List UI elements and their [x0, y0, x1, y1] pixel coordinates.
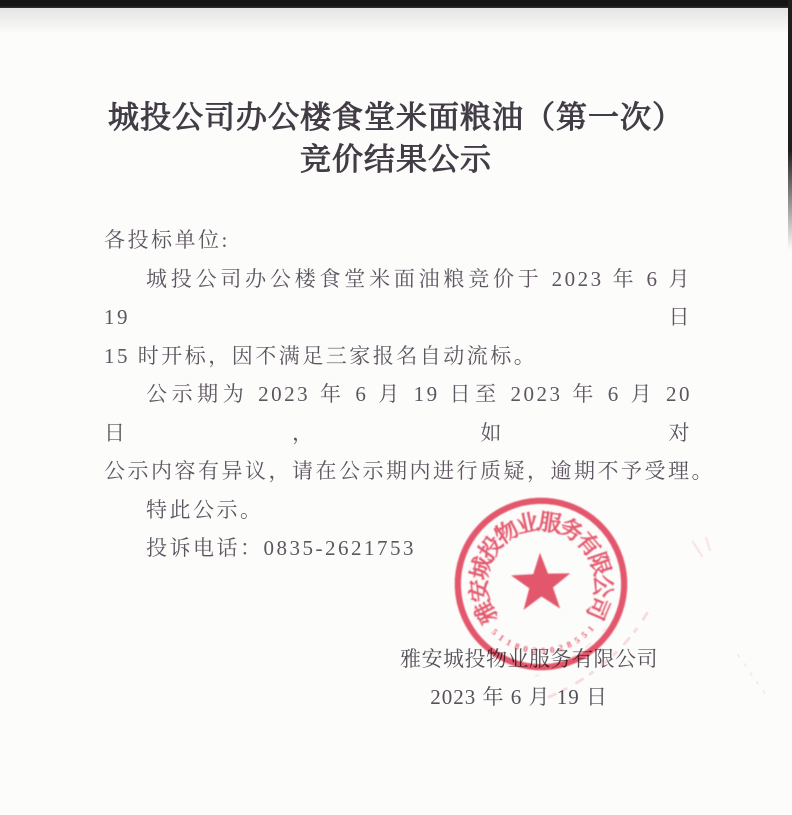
- seal-serial-digit: 5: [572, 634, 582, 645]
- seal-serial-digit: 2: [557, 642, 565, 653]
- seal-serial-digit: 1: [497, 632, 506, 643]
- seal-serial-digit: 2: [532, 645, 538, 655]
- scan-edge-right: [788, 0, 792, 250]
- title-line-2: 竞价结果公示: [55, 139, 737, 181]
- company-seal: 雅安城投物业服务有限公司 5118025028551: [433, 476, 648, 691]
- seal-serial-digit: 5: [490, 627, 501, 638]
- body-line: 公示期为 2023 年 6 月 19 日至 2023 年 6 月 20 日，如对: [104, 375, 692, 452]
- seal-serial-digit: 8: [565, 639, 574, 650]
- scan-edge-top: [0, 0, 792, 8]
- seal-serial-digit: 1: [585, 624, 595, 634]
- seal-serial-digit: 8: [513, 641, 521, 652]
- title-line-1: 城投公司办公楼食堂米面粮油（第一次）: [55, 97, 737, 139]
- seal-star-icon: [510, 552, 571, 611]
- body-line: 各投标单位:: [104, 221, 692, 260]
- document-page: 城投公司办公楼食堂米面粮油（第一次） 竞价结果公示 各投标单位:城投公司办公楼食…: [0, 0, 792, 815]
- seal-serial-digit: 5: [541, 646, 546, 656]
- seal-serial-digit: 5: [579, 629, 589, 640]
- body-line: 城投公司办公楼食堂米面油粮竞价于 2023 年 6 月 19 日: [104, 260, 692, 337]
- seal-serial-number: 5118025028551: [489, 623, 596, 657]
- document-title: 城投公司办公楼食堂米面粮油（第一次） 竞价结果公示: [55, 97, 737, 181]
- body-line: 15 时开标，因不满足三家报名自动流标。: [104, 337, 692, 376]
- seal-serial-digit: 1: [505, 637, 514, 648]
- seal-serial-digit: 0: [549, 644, 556, 655]
- scan-shadow-top: [0, 8, 792, 34]
- seal-serial-digit: 0: [522, 644, 529, 655]
